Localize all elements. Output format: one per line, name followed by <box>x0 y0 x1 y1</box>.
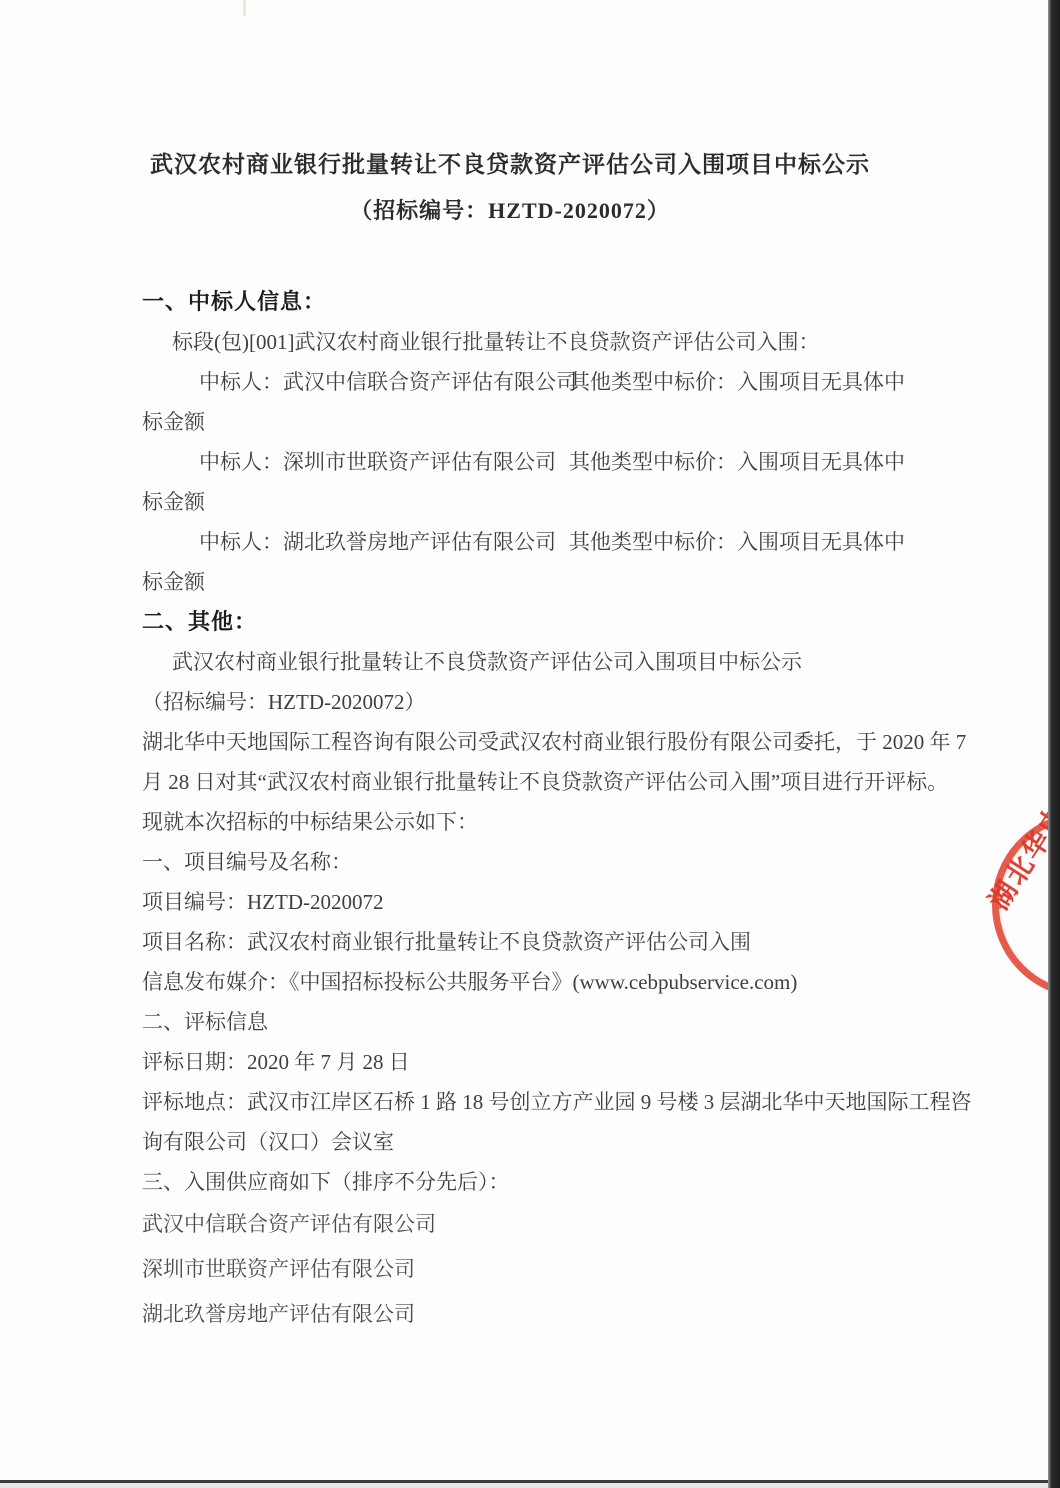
media-line: 信息发布媒介：《中国招标投标公共服务平台》(www.cebpubservice.… <box>142 962 878 1002</box>
evaluation-place-line: 评标地点：武汉市江岸区石桥 1 路 18 号创立方产业园 9 号楼 3 层湖北华… <box>142 1082 878 1122</box>
spacer <box>142 234 878 282</box>
section2-heading: 二、其他： <box>142 602 878 642</box>
evaluation-place-line: 询有限公司（汉口）会议室 <box>142 1122 878 1162</box>
supplier-name: 湖北玖誉房地产评估有限公司 <box>142 1292 878 1337</box>
winner-row: 中标人：湖北玖誉房地产评估有限公司 其他类型中标价：入围项目无具体中 <box>142 522 878 562</box>
tender-number-line: （招标编号：HZTD-2020072） <box>142 682 878 722</box>
winner-name: 中标人：武汉中信联合资产评估有限公司 <box>199 370 577 394</box>
body-paragraph-line: 月 28 日对其“武汉农村商业银行批量转让不良贷款资产评估公司入围”项目进行开评… <box>142 762 878 802</box>
winner-row: 中标人：深圳市世联资产评估有限公司 其他类型中标价：入围项目无具体中 <box>142 442 878 482</box>
document-title: 武汉农村商业银行批量转让不良贷款资产评估公司入围项目中标公示 <box>142 142 878 188</box>
winner-wrap-line: 标金额 <box>142 482 878 522</box>
winner-name: 中标人：湖北玖誉房地产评估有限公司 <box>199 530 556 554</box>
scan-edge-right <box>1048 0 1060 1488</box>
project-name-line: 项目名称：武汉农村商业银行批量转让不良贷款资产评估公司入围 <box>142 922 878 962</box>
body-paragraph-line: 湖北华中天地国际工程咨询有限公司受武汉农村商业银行股份有限公司委托，于 2020… <box>142 722 878 762</box>
winner-price-type: 其他类型中标价：入围项目无具体中 <box>569 442 905 482</box>
document-body: 武汉农村商业银行批量转让不良贷款资产评估公司入围项目中标公示 （招标编号：HZT… <box>142 142 878 1337</box>
item2-heading: 二、评标信息 <box>142 1002 878 1042</box>
winner-row: 中标人：武汉中信联合资产评估有限公司 其他类型中标价：入围项目无具体中 <box>142 362 878 402</box>
scanned-document-page: 武汉农村商业银行批量转让不良贷款资产评估公司入围项目中标公示 （招标编号：HZT… <box>0 0 1060 1488</box>
item1-heading: 一、项目编号及名称： <box>142 842 878 882</box>
section1-heading: 一、中标人信息： <box>142 282 878 322</box>
document-subtitle-tender-number: （招标编号：HZTD-2020072） <box>142 188 878 234</box>
item3-heading: 三、入围供应商如下（排序不分先后）： <box>142 1162 878 1202</box>
evaluation-date-line: 评标日期：2020 年 7 月 28 日 <box>142 1042 878 1082</box>
project-number-line: 项目编号：HZTD-2020072 <box>142 882 878 922</box>
scan-smudge-artifact <box>243 0 246 16</box>
winner-wrap-line: 标金额 <box>142 402 878 442</box>
winner-wrap-line: 标金额 <box>142 562 878 602</box>
scan-edge-bottom-margin <box>0 1483 1048 1488</box>
lot-package-line: 标段(包)[001]武汉农村商业银行批量转让不良贷款资产评估公司入围： <box>142 322 878 362</box>
announcement-title-repeat: 武汉农村商业银行批量转让不良贷款资产评估公司入围项目中标公示 <box>142 642 878 682</box>
supplier-name: 深圳市世联资产评估有限公司 <box>142 1247 878 1292</box>
supplier-name: 武汉中信联合资产评估有限公司 <box>142 1202 878 1247</box>
winner-price-type: 其他类型中标价：入围项目无具体中 <box>569 362 905 402</box>
winner-price-type: 其他类型中标价：入围项目无具体中 <box>569 522 905 562</box>
body-paragraph-line: 现就本次招标的中标结果公示如下： <box>142 802 878 842</box>
winner-name: 中标人：深圳市世联资产评估有限公司 <box>199 450 556 474</box>
